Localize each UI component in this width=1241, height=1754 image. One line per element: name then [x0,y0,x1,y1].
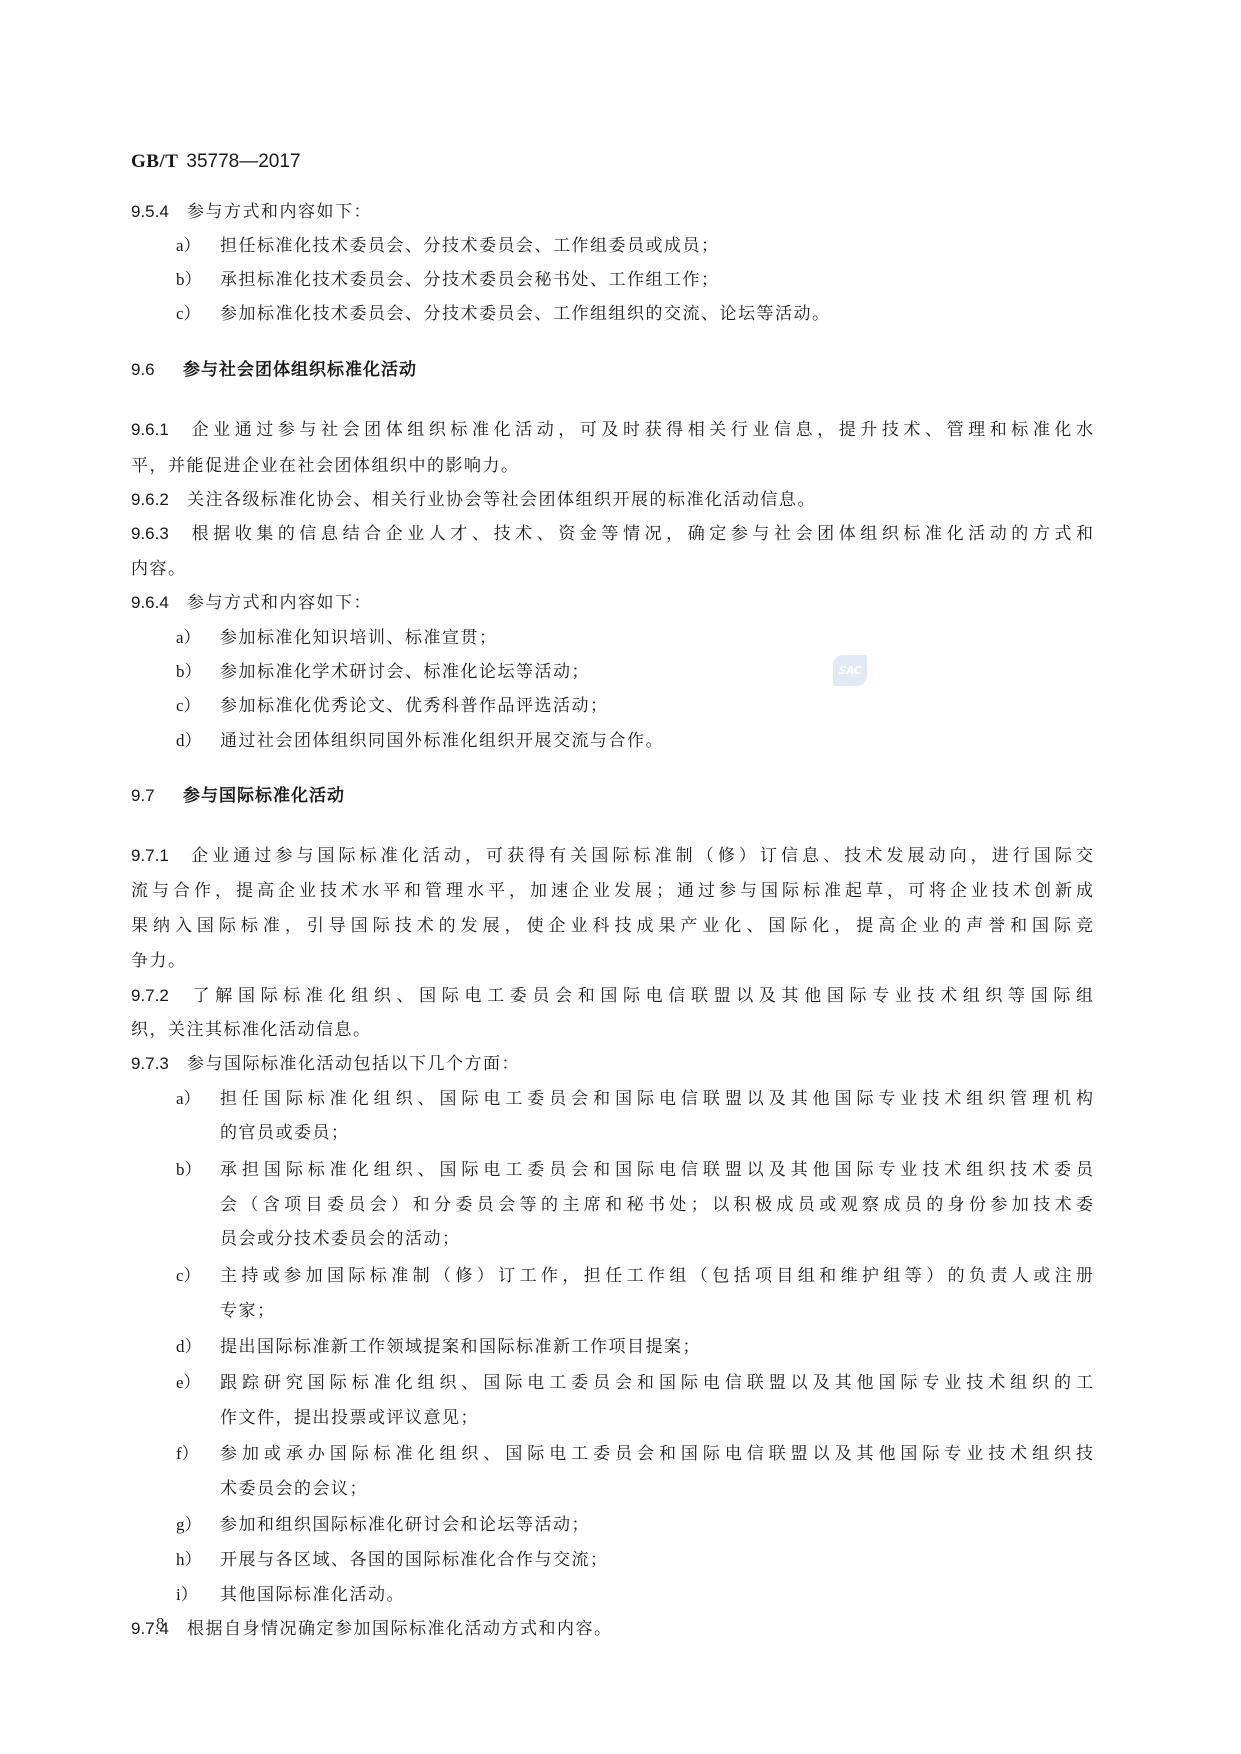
clause-9-6-4: 9.6.4参与方式和内容如下： [131,591,372,615]
clause-text-line: 平，并能促进企业在社会团体组织中的影响力。 [131,456,520,476]
list-item-text: 参加和组织国际标准化研讨会和论坛等活动； [220,1513,590,1537]
list-item-text: 其他国际标准化活动。 [220,1583,405,1607]
clause-9-7-2: 9.7.2了解国际标准化组织、国际电工委员会和国际电信联盟以及其他国际专业技术组… [131,984,1093,1008]
list-marker: a） [176,234,201,258]
list-item-text: 专家； [220,1299,276,1323]
clause-number: 9.6.4 [131,591,187,615]
list-item-text: 术委员会的会议； [220,1477,368,1501]
clause-text-line: 了解国际标准化组织、国际电工委员会和国际电信联盟以及其他国际专业技术组织等国际组 [187,986,1093,1006]
list-marker: b） [176,660,202,684]
section-title: 参与社会团体组织标准化活动 [183,360,417,380]
list-item-text: 通过社会团体组织同国外标准化组织开展交流与合作。 [220,729,664,753]
list-marker: d） [176,1335,202,1359]
clause-text: 参与方式和内容如下： [187,593,372,613]
clause-text: 关注各级标准化协会、相关行业协会等社会团体组织开展的标准化活动信息。 [187,490,816,510]
list-marker: c） [176,694,201,718]
list-item-text: 主持或参加国际标准制（修）订工作，担任工作组（包括项目组和维护组等）的负责人或注… [220,1264,1093,1288]
clause-text-line: 争力。 [131,951,187,971]
clause-text-line: 果纳入国际标准，引导国际技术的发展，使企业科技成果产业化、国际化，提高企业的声誉… [131,914,1093,938]
clause-text: 根据自身情况确定参加国际标准化活动方式和内容。 [187,1619,613,1639]
clause-9-7-3: 9.7.3参与国际标准化活动包括以下几个方面： [131,1052,520,1076]
clause-9-7-1: 9.7.1企业通过参与国际标准化活动，可获得有关国际标准制（修）订信息、技术发展… [131,844,1093,868]
section-heading-9-6: 9.6参与社会团体组织标准化活动 [131,358,417,382]
list-item-text: 参加标准化优秀论文、优秀科普作品评选活动； [220,694,609,718]
list-item-text: 承担标准化技术委员会、分技术委员会秘书处、工作组工作； [220,268,720,292]
clause-text: 参与国际标准化活动包括以下几个方面： [187,1054,520,1074]
clause-text-line: 企业通过参与国际标准化活动，可获得有关国际标准制（修）订信息、技术发展动向，进行… [187,846,1093,866]
clause-text: 参与方式和内容如下： [187,202,372,222]
list-item-text: 参加或承办国际标准化组织、国际电工委员会和国际电信联盟以及其他国际专业技术组织技 [220,1442,1093,1466]
list-item-text: 参加标准化学术研讨会、标准化论坛等活动； [220,660,590,684]
clause-text-line: 织，关注其标准化活动信息。 [131,1020,372,1040]
clause-number: 9.5.4 [131,200,187,224]
sac-logo-icon: SAC [833,655,867,686]
list-marker: a） [176,1087,201,1111]
clause-continuation: 平，并能促进企业在社会团体组织中的影响力。 [131,454,520,478]
clause-continuation: 织，关注其标准化活动信息。 [131,1018,372,1042]
clause-9-6-1: 9.6.1企业通过参与社会团体组织标准化活动，可及时获得相关行业信息，提升技术、… [131,418,1093,442]
clause-number: 9.6.3 [131,522,187,546]
standard-prefix: GB/T [131,151,178,172]
page-number: 8 [156,1614,165,1634]
list-item-text: 担任标准化技术委员会、分技术委员会、工作组委员或成员； [220,234,720,258]
list-marker: a） [176,626,201,650]
clause-continuation: 争力。 [131,949,187,973]
list-item-text: 参加标准化知识培训、标准宣贯； [220,626,498,650]
clause-9-5-4: 9.5.4参与方式和内容如下： [131,200,372,224]
clause-text-line: 内容。 [131,559,187,579]
list-marker: h） [176,1548,202,1572]
clause-number: 9.7.3 [131,1052,187,1076]
list-marker: e） [176,1371,201,1395]
section-number: 9.6 [131,358,183,382]
clause-9-6-3: 9.6.3根据收集的信息结合企业人才、技术、资金等情况，确定参与社会团体组织标准… [131,522,1093,546]
clause-9-6-2: 9.6.2关注各级标准化协会、相关行业协会等社会团体组织开展的标准化活动信息。 [131,488,816,512]
list-item-text: 员会或分技术委员会的活动； [220,1227,461,1251]
list-item-text: 担任国际标准化组织、国际电工委员会和国际电信联盟以及其他国际专业技术组织管理机构 [220,1087,1093,1111]
document-page: GB/T35778—2017 SAC 9.5.4参与方式和内容如下： a） 担任… [0,0,1241,1754]
clause-text-line: 流与合作，提高企业技术水平和管理水平，加速企业发展；通过参与国际标准起草，可将企… [131,879,1093,903]
list-item-text: 开展与各区域、各国的国际标准化合作与交流； [220,1548,609,1572]
clause-number: 9.6.2 [131,488,187,512]
list-marker: i） [176,1583,198,1607]
list-item-text: 参加标准化技术委员会、分技术委员会、工作组组织的交流、论坛等活动。 [220,302,831,326]
list-marker: f） [176,1442,199,1466]
list-marker: c） [176,302,201,326]
list-item-text: 承担国际标准化组织、国际电工委员会和国际电信联盟以及其他国际专业技术组织技术委员 [220,1158,1093,1182]
list-item-text: 提出国际标准新工作领域提案和国际标准新工作项目提案； [220,1335,701,1359]
list-item-text: 作文件，提出投票或评议意见； [220,1406,479,1430]
list-item-text: 的官员或委员； [220,1121,350,1145]
clause-continuation: 流与合作，提高企业技术水平和管理水平，加速企业发展；通过参与国际标准起草，可将企… [131,879,1093,903]
list-marker: c） [176,1264,201,1288]
clause-text-line: 企业通过参与社会团体组织标准化活动，可及时获得相关行业信息，提升技术、管理和标准… [187,420,1093,440]
list-marker: b） [176,268,202,292]
clause-number: 9.6.1 [131,418,187,442]
standard-number: 35778—2017 [186,151,300,172]
list-item-text: 跟踪研究国际标准化组织、国际电工委员会和国际电信联盟以及其他国际专业技术组织的工 [220,1371,1093,1395]
clause-continuation: 内容。 [131,557,187,581]
list-marker: g） [176,1513,202,1537]
section-heading-9-7: 9.7参与国际标准化活动 [131,784,345,808]
clause-number: 9.7.1 [131,844,187,868]
list-item-text: 会（含项目委员会）和分委员会等的主席和秘书处；以积极成员或观察成员的身份参加技术… [220,1193,1093,1217]
section-number: 9.7 [131,784,183,808]
clause-text-line: 根据收集的信息结合企业人才、技术、资金等情况，确定参与社会团体组织标准化活动的方… [187,524,1093,544]
clause-9-7-4: 9.7.4根据自身情况确定参加国际标准化活动方式和内容。 [131,1617,613,1641]
list-marker: d） [176,729,202,753]
clause-continuation: 果纳入国际标准，引导国际技术的发展，使企业科技成果产业化、国际化，提高企业的声誉… [131,914,1093,938]
list-marker: b） [176,1158,202,1182]
standard-header: GB/T35778—2017 [131,149,301,174]
section-title: 参与国际标准化活动 [183,786,345,806]
clause-number: 9.7.2 [131,984,187,1008]
